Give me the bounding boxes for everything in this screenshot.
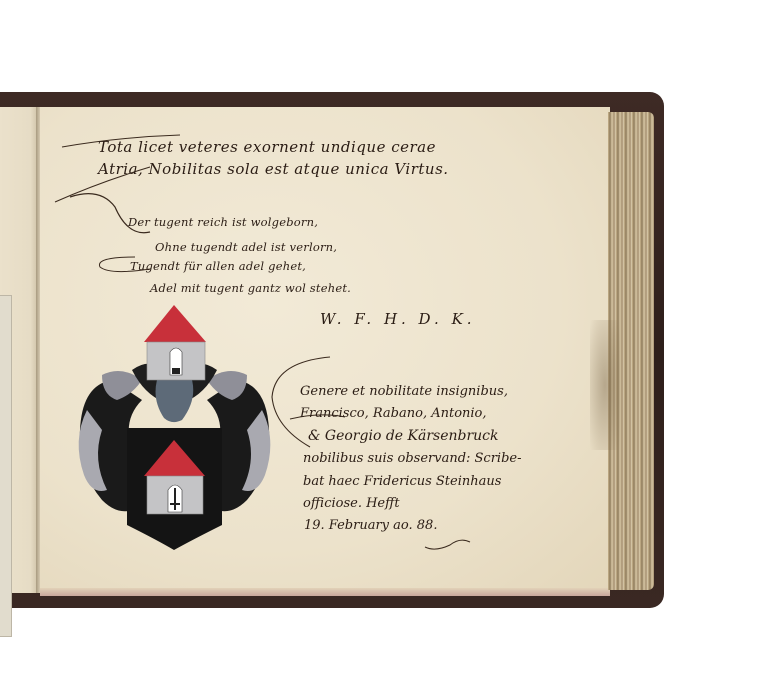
- coat-of-arms: [72, 300, 277, 555]
- left-page: [0, 107, 38, 593]
- water-stain: [590, 320, 620, 450]
- german-verse-line-2: Ohne tugendt adel ist verlorn,: [155, 240, 337, 254]
- latin-motto-line-2: Atria, Nobilitas sola est atque unica Vi…: [98, 160, 449, 178]
- crest-tower: [144, 305, 206, 380]
- german-verse-line-1: Der tugent reich ist wolgeborn,: [128, 215, 318, 229]
- dedication-line-5: bat haec Fridericus Steinhaus: [303, 474, 501, 489]
- dedication-date: 19. February ao. 88.: [304, 518, 437, 533]
- dedication-line-2: Francisco, Rabano, Antonio,: [300, 406, 487, 421]
- latin-motto-line-1: Tota licet veteres exornent undique cera…: [98, 138, 436, 156]
- dedication-line-3: & Georgio de Kärsenbruck: [308, 428, 499, 444]
- left-page-frame: [0, 295, 12, 637]
- motto-initials: W. F. H. D. K.: [320, 310, 476, 328]
- dedication-line-1: Genere et nobilitate insignibus,: [300, 384, 508, 399]
- dedication-line-4: nobilibus suis observand: Scribe-: [303, 451, 522, 466]
- dedication-line-6: officiose. Hefft: [303, 496, 400, 511]
- page-bottom-edge: [40, 588, 610, 596]
- german-verse-line-3: Tugendt für allen adel gehet,: [130, 259, 306, 273]
- german-verse-line-4: Adel mit tugent gantz wol stehet.: [150, 281, 351, 295]
